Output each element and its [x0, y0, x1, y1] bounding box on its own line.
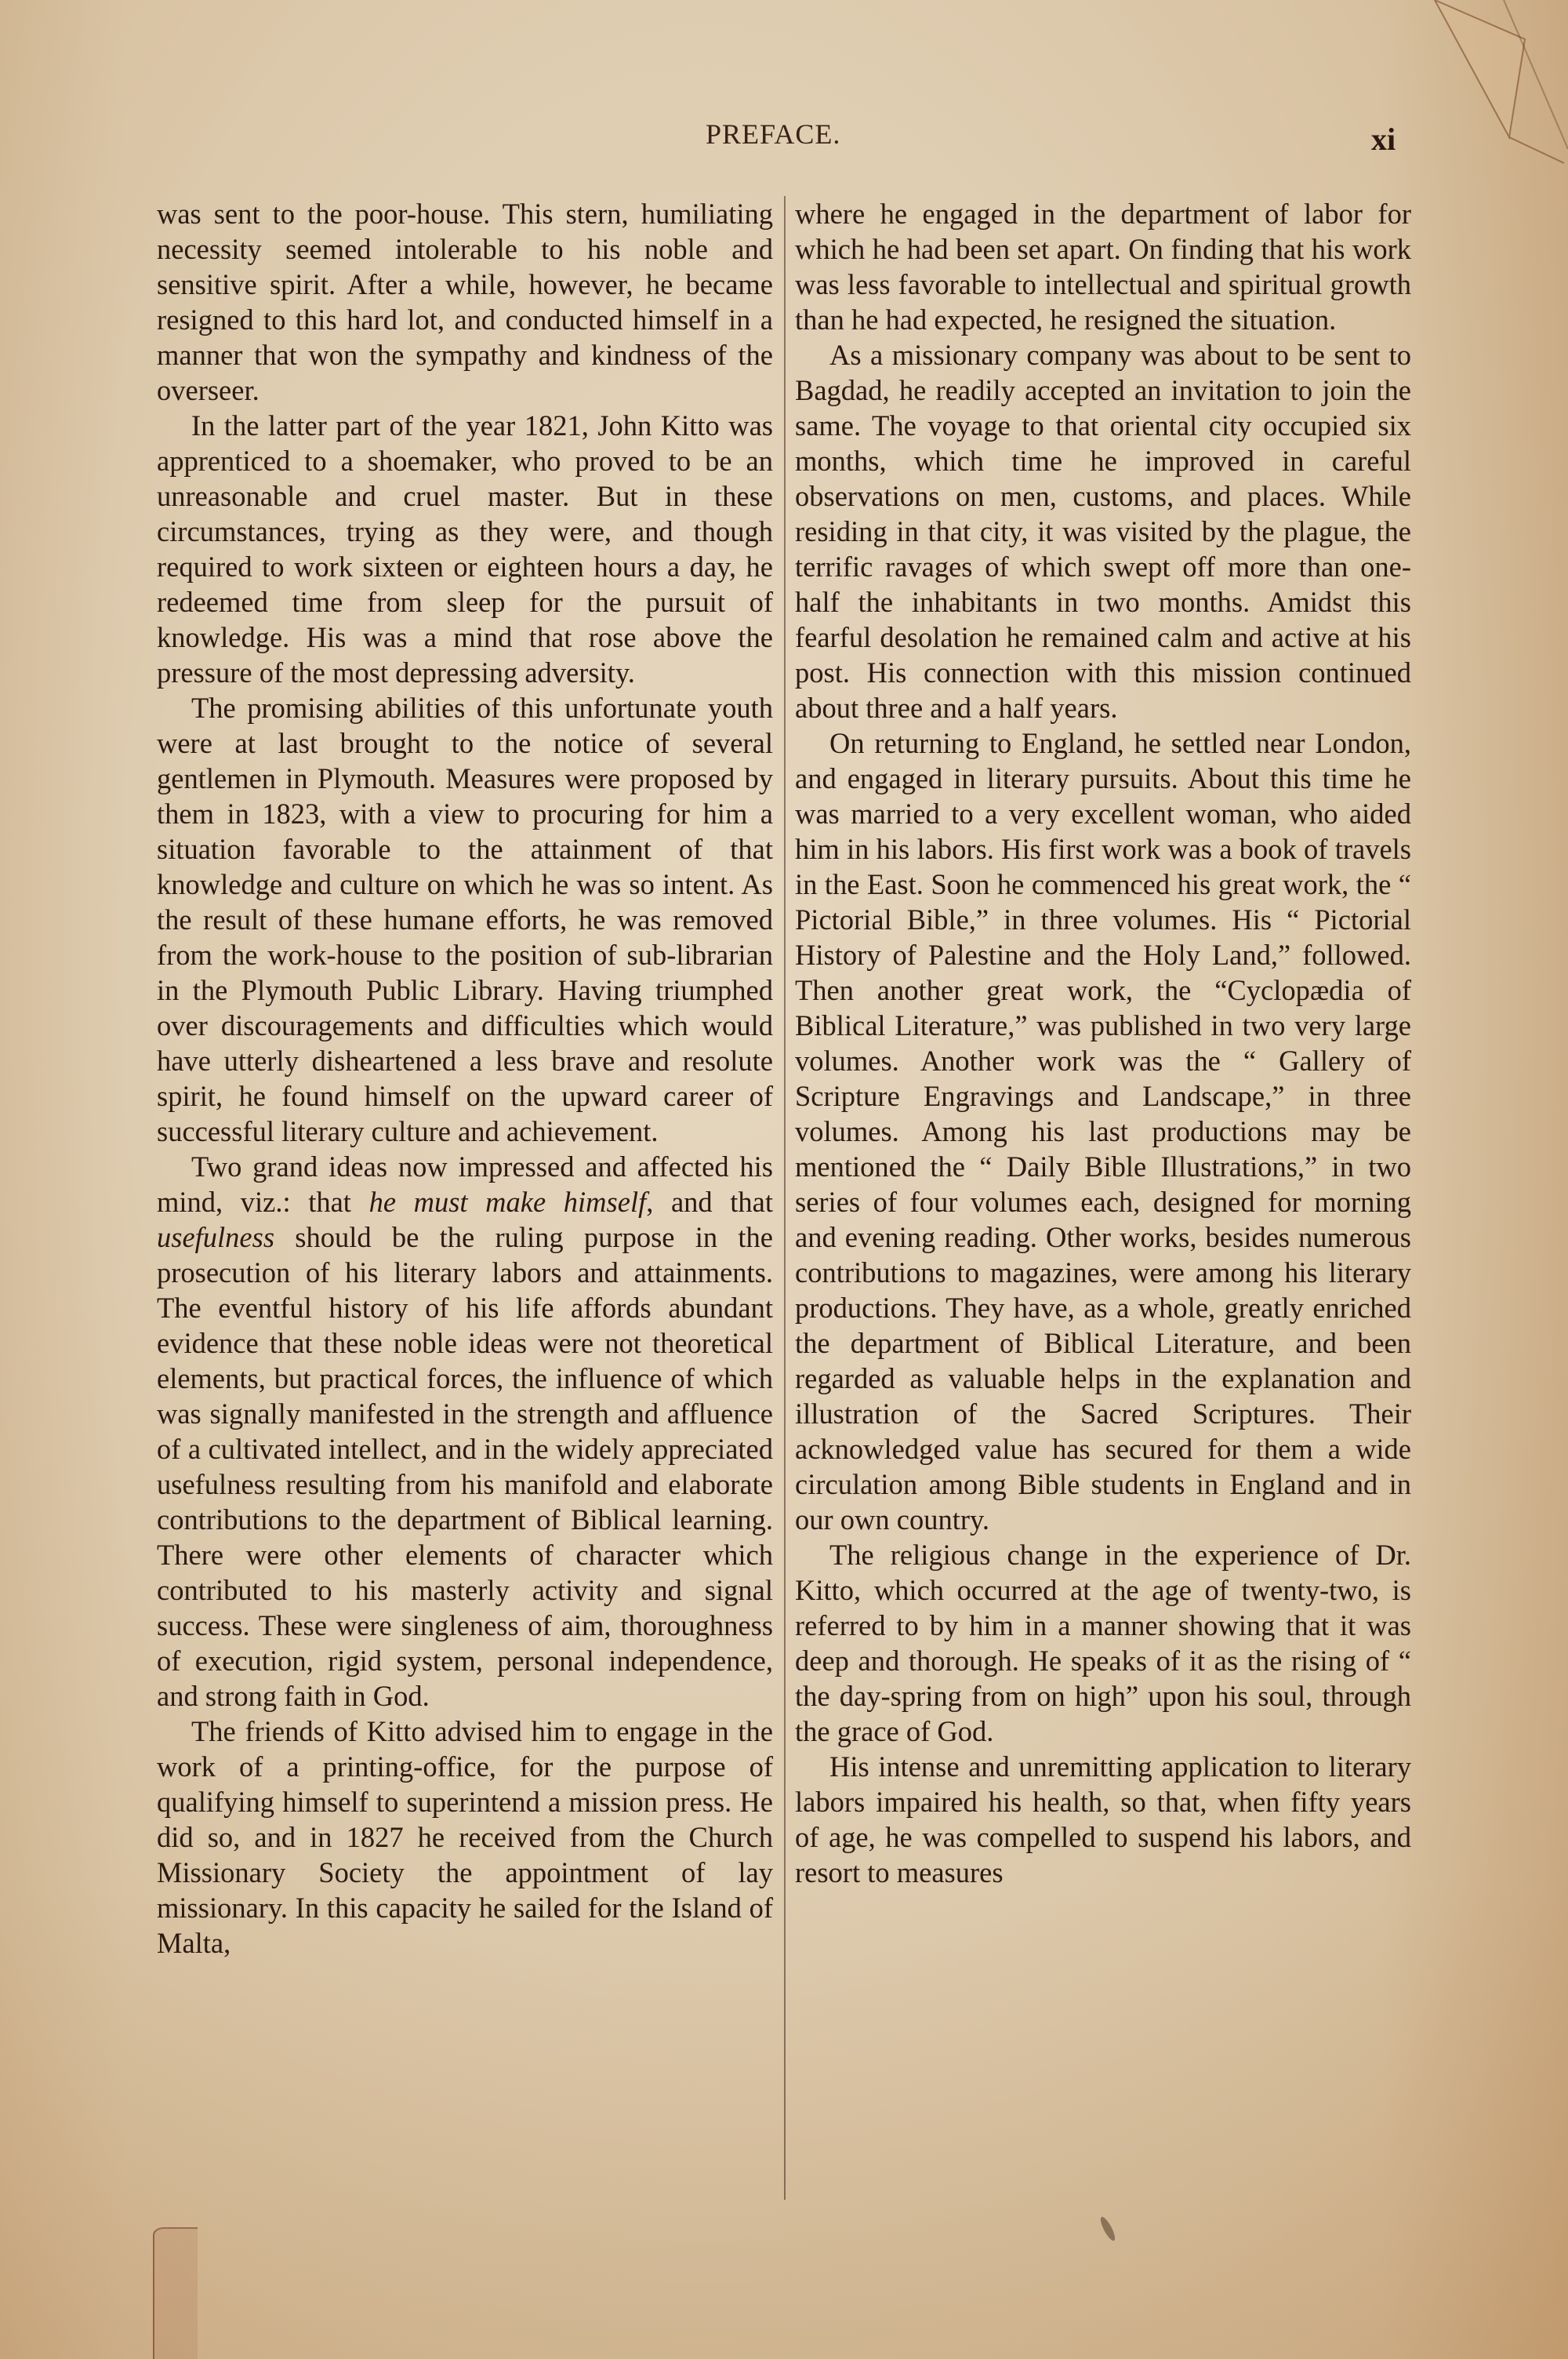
- text-columns: was sent to the poor-house. This stern, …: [157, 196, 1411, 2204]
- tape-residue-mark: [153, 2227, 198, 2359]
- right-column: where he engaged in the department of la…: [795, 196, 1411, 1890]
- paragraph-with-emphasis: Two grand ideas now impressed and affect…: [157, 1149, 773, 1714]
- paragraph: In the latter part of the year 1821, Joh…: [157, 408, 773, 690]
- paragraph-text: , and that: [646, 1186, 773, 1218]
- paragraph: was sent to the poor-house. This stern, …: [157, 196, 773, 408]
- paragraph: His intense and unremitting application …: [795, 1749, 1411, 1890]
- italic-phrase: he must make himself: [369, 1186, 647, 1218]
- paragraph: The promising abilities of this unfortun…: [157, 690, 773, 1149]
- paragraph: As a missionary company was about to be …: [795, 337, 1411, 725]
- paragraph: The religious change in the experience o…: [795, 1537, 1411, 1749]
- running-title: PREFACE.: [706, 118, 840, 151]
- paragraph: where he engaged in the department of la…: [795, 196, 1411, 337]
- left-column: was sent to the poor-house. This stern, …: [157, 196, 773, 1961]
- paragraph: On returning to England, he settled near…: [795, 725, 1411, 1537]
- column-divider: [784, 196, 786, 2200]
- paragraph-text: should be the ruling purpose in the pros…: [157, 1221, 773, 1712]
- paragraph: The friends of Kitto advised him to enga…: [157, 1714, 773, 1961]
- italic-word: usefulness: [157, 1221, 274, 1253]
- ink-smudge-mark: [1098, 2215, 1118, 2243]
- running-head: PREFACE. xi: [0, 118, 1568, 165]
- page-number: xi: [1371, 121, 1396, 158]
